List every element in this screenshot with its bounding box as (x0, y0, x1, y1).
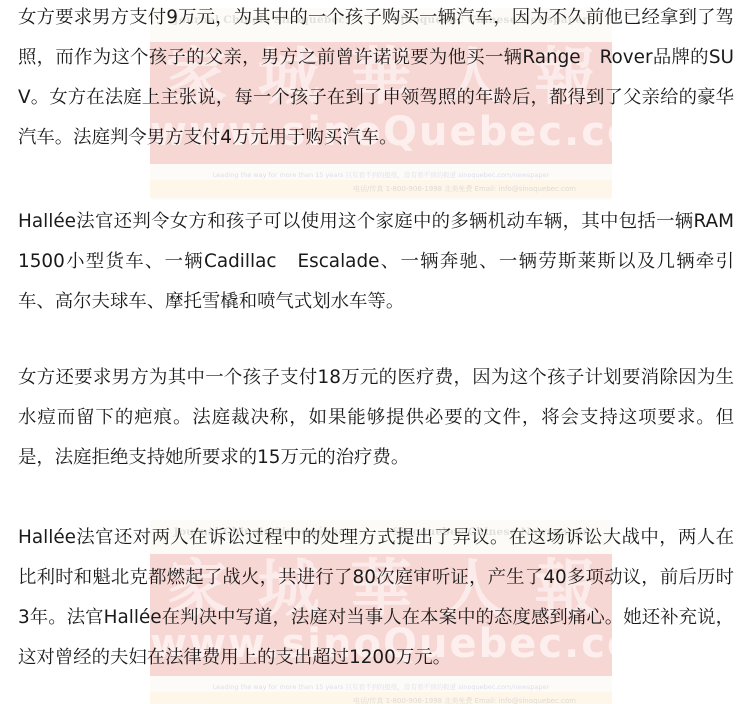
article-paragraph: 女方还要求男方为其中一个孩子支付18万元的医疗费，因为这个孩子计划要消除因为生水… (18, 358, 734, 478)
watermark-contact: 电话/传真 1-800-906-1998 北美免费 Email: info@si… (150, 692, 612, 704)
watermark-tagline: Leading the way for more than 15 years 只… (150, 170, 612, 179)
article-paragraph: 女方要求男方支付9万元，为其中的一个孩子购买一辆汽车，因为不久前他已经拿到了驾照… (18, 0, 734, 158)
watermark-tagline: Leading the way for more than 15 years 只… (150, 682, 612, 691)
watermark-contact: 电话/传真 1-800-906-1998 北美免费 Email: info@si… (150, 180, 612, 198)
article-paragraph: Hallée法官还对两人在诉讼过程中的处理方式提出了异议。在这场诉讼大战中，两人… (18, 518, 734, 678)
article-paragraph: Hallée法官还判令女方和孩子可以使用这个家庭中的多辆机动车辆，其中包括一辆R… (18, 202, 734, 322)
